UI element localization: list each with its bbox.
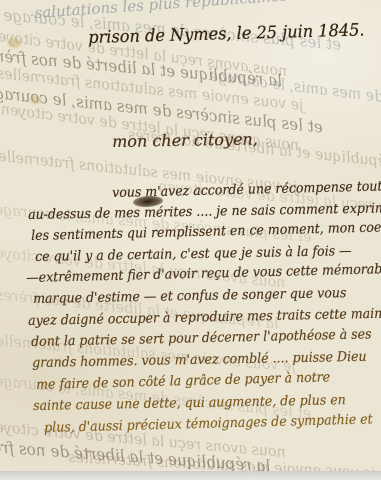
letter-salutation: mon cher citoyen,: [112, 129, 258, 151]
paper-stain: [30, 96, 41, 104]
scanned-letter: et les plus sincères de mes amis, le cou…: [0, 0, 381, 480]
letter-paper: et les plus sincères de mes amis, le cou…: [0, 0, 381, 471]
paper-stain: [8, 38, 21, 48]
scanner-background: [0, 471, 381, 480]
